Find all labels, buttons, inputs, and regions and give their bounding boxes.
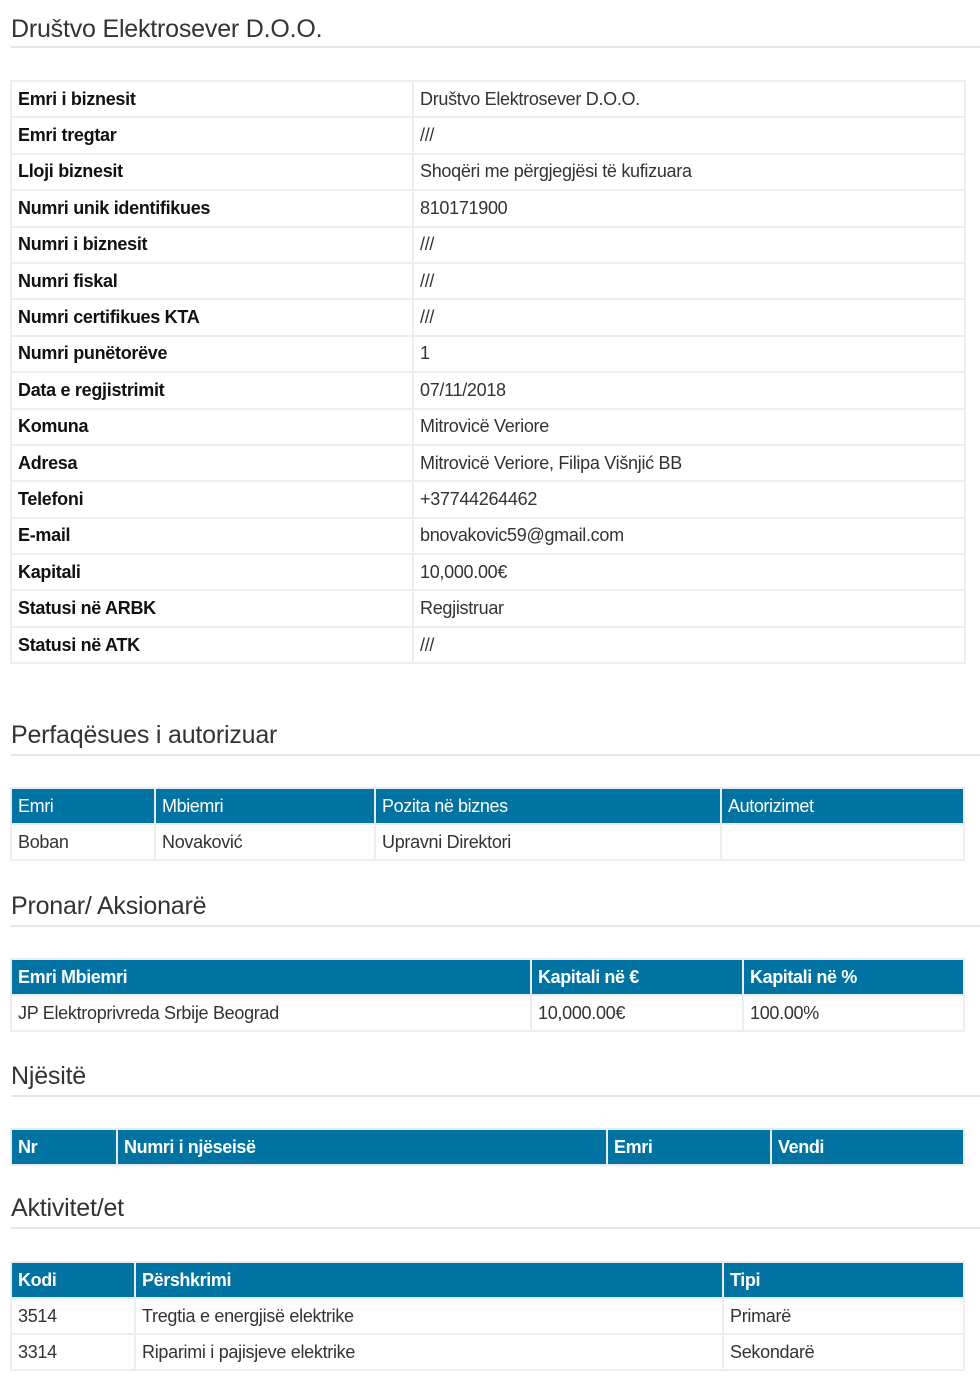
info-value: /// <box>413 627 965 663</box>
page-title: Društvo Elektrosever D.O.O. <box>11 12 980 48</box>
info-row: Numri fiskal/// <box>11 263 965 299</box>
info-row: Numri unik identifikues810171900 <box>11 190 965 226</box>
info-label: Numri punëtorëve <box>11 336 413 372</box>
activities-table: KodiPërshkrimiTipi 3514Tregtia e energji… <box>10 1261 965 1371</box>
info-label: Emri i biznesit <box>11 81 413 117</box>
info-value: /// <box>413 117 965 153</box>
info-label: Adresa <box>11 445 413 481</box>
info-row: AdresaMitrovicë Veriore, Filipa Višnjić … <box>11 445 965 481</box>
info-row: E-mailbnovakovic59@gmail.com <box>11 518 965 554</box>
table-cell: Tregtia e energjisë elektrike <box>135 1298 723 1334</box>
info-row: Numri i biznesit/// <box>11 227 965 263</box>
info-value: Društvo Elektrosever D.O.O. <box>413 81 965 117</box>
info-value: 810171900 <box>413 190 965 226</box>
section-title-representatives: Perfaqësues i autorizuar <box>11 718 980 756</box>
column-header: Pozita në biznes <box>375 788 721 824</box>
column-header: Numri i njëseisë <box>117 1129 607 1165</box>
representatives-table: EmriMbiemriPozita në biznesAutorizimet B… <box>10 787 965 861</box>
info-label: Numri i biznesit <box>11 227 413 263</box>
info-value: /// <box>413 263 965 299</box>
info-value: 1 <box>413 336 965 372</box>
info-row: Statusi në ARBKRegjistruar <box>11 590 965 626</box>
info-value: Mitrovicë Veriore <box>413 409 965 445</box>
column-header: Kapitali në € <box>531 959 743 995</box>
table-cell: Primarë <box>723 1298 964 1334</box>
table-cell <box>721 824 964 860</box>
info-row: Emri i biznesitDruštvo Elektrosever D.O.… <box>11 81 965 117</box>
column-header: Nr <box>11 1129 117 1165</box>
table-cell: Upravni Direktori <box>375 824 721 860</box>
info-label: Telefoni <box>11 481 413 517</box>
info-row: Numri punëtorëve1 <box>11 336 965 372</box>
table-cell: 100.00% <box>743 995 964 1031</box>
table-cell: Boban <box>11 824 155 860</box>
section-title-owners: Pronar/ Aksionarë <box>11 889 980 927</box>
info-value: /// <box>413 227 965 263</box>
info-value: /// <box>413 299 965 335</box>
table-cell: Novaković <box>155 824 375 860</box>
info-label: Statusi në ARBK <box>11 590 413 626</box>
info-row: Data e regjistrimit07/11/2018 <box>11 372 965 408</box>
section-title-units: Njësitë <box>11 1059 980 1097</box>
column-header: Mbiemri <box>155 788 375 824</box>
info-row: KomunaMitrovicë Veriore <box>11 409 965 445</box>
info-label: E-mail <box>11 518 413 554</box>
table-row: BobanNovakovićUpravni Direktori <box>11 824 964 860</box>
info-label: Numri certifikues KTA <box>11 299 413 335</box>
table-row: 3314Riparimi i pajisjeve elektrikeSekond… <box>11 1334 964 1370</box>
info-row: Numri certifikues KTA/// <box>11 299 965 335</box>
owners-table: Emri MbiemriKapitali në €Kapitali në % J… <box>10 958 965 1032</box>
table-cell: 3514 <box>11 1298 135 1334</box>
info-value: Regjistruar <box>413 590 965 626</box>
info-value: Mitrovicë Veriore, Filipa Višnjić BB <box>413 445 965 481</box>
info-label: Emri tregtar <box>11 117 413 153</box>
units-table: NrNumri i njëseisëEmriVendi <box>10 1128 965 1166</box>
info-value: bnovakovic59@gmail.com <box>413 518 965 554</box>
column-header: Tipi <box>723 1262 964 1298</box>
info-row: Telefoni+37744264462 <box>11 481 965 517</box>
info-label: Lloji biznesit <box>11 154 413 190</box>
table-cell: Sekondarë <box>723 1334 964 1370</box>
column-header: Autorizimet <box>721 788 964 824</box>
info-label: Kapitali <box>11 554 413 590</box>
info-label: Statusi në ATK <box>11 627 413 663</box>
info-label: Numri fiskal <box>11 263 413 299</box>
table-row: 3514Tregtia e energjisë elektrikePrimarë <box>11 1298 964 1334</box>
table-cell: 3314 <box>11 1334 135 1370</box>
info-row: Emri tregtar/// <box>11 117 965 153</box>
column-header: Përshkrimi <box>135 1262 723 1298</box>
info-value: 07/11/2018 <box>413 372 965 408</box>
column-header: Kapitali në % <box>743 959 964 995</box>
info-label: Numri unik identifikues <box>11 190 413 226</box>
business-info-table: Emri i biznesitDruštvo Elektrosever D.O.… <box>10 80 966 664</box>
column-header: Emri <box>607 1129 771 1165</box>
section-title-activities: Aktivitet/et <box>11 1191 980 1229</box>
info-value: Shoqëri me përgjegjësi të kufizuara <box>413 154 965 190</box>
info-label: Komuna <box>11 409 413 445</box>
info-value: 10,000.00€ <box>413 554 965 590</box>
column-header: Emri Mbiemri <box>11 959 531 995</box>
table-cell: Riparimi i pajisjeve elektrike <box>135 1334 723 1370</box>
column-header: Kodi <box>11 1262 135 1298</box>
info-row: Lloji biznesitShoqëri me përgjegjësi të … <box>11 154 965 190</box>
info-row: Statusi në ATK/// <box>11 627 965 663</box>
info-value: +37744264462 <box>413 481 965 517</box>
info-row: Kapitali10,000.00€ <box>11 554 965 590</box>
table-cell: 10,000.00€ <box>531 995 743 1031</box>
table-row: JP Elektroprivreda Srbije Beograd10,000.… <box>11 995 964 1031</box>
info-label: Data e regjistrimit <box>11 372 413 408</box>
table-cell: JP Elektroprivreda Srbije Beograd <box>11 995 531 1031</box>
column-header: Vendi <box>771 1129 964 1165</box>
column-header: Emri <box>11 788 155 824</box>
